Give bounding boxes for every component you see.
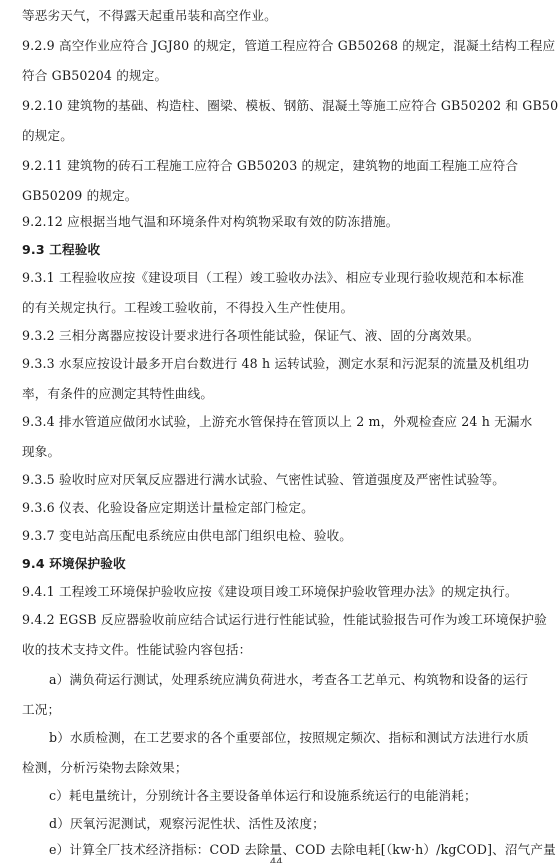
list-item-b: b）水质检测，在工艺要求的各个重要部位，按照规定频次、指标和测试方法进行水质 bbox=[49, 730, 558, 746]
clause-9-3-4: 9.3.4 排水管道应做闭水试验，上游充水管保持在管顶以上 2 m，外观检查应 … bbox=[22, 414, 536, 430]
clause-9-2-10: 9.2.10 建筑物的基础、构造柱、圈梁、模板、钢筋、混凝土等施工应符合 GB5… bbox=[22, 98, 536, 114]
document-page: 等恶劣天气，不得露天起重吊装和高空作业。 9.2.9 高空作业应符合 JGJ80… bbox=[0, 0, 558, 863]
clause-9-4-2-cont: 收的技术支持文件。性能试验内容包括： bbox=[22, 642, 536, 658]
clause-9-3-2: 9.3.2 三相分离器应按设计要求进行各项性能试验，保证气、液、固的分离效果。 bbox=[22, 328, 536, 344]
list-item-a: a）满负荷运行测试，处理系统应满负荷进水，考查各工艺单元、构筑物和设备的运行 bbox=[49, 672, 558, 688]
clause-9-2-9-cont: 符合 GB50204 的规定。 bbox=[22, 68, 536, 84]
clause-9-3-7: 9.3.7 变电站高压配电系统应由供电部门组织电检、验收。 bbox=[22, 528, 536, 544]
list-item-e: e）计算全厂技术经济指标：COD 去除量、COD 去除电耗[（kw·h）/kgC… bbox=[49, 842, 558, 858]
clause-9-2-9: 9.2.9 高空作业应符合 JGJ80 的规定，管道工程应符合 GB50268 … bbox=[22, 38, 536, 54]
page-number-fragment: 44 bbox=[270, 858, 283, 863]
clause-9-2-11: 9.2.11 建筑物的砖石工程施工应符合 GB50203 的规定，建筑物的地面工… bbox=[22, 158, 536, 174]
clause-9-3-1: 9.3.1 工程验收应按《建设项目（工程）竣工验收办法》、相应专业现行验收规范和… bbox=[22, 270, 536, 286]
clause-9-3-6: 9.3.6 仪表、化验设备应定期送计量检定部门检定。 bbox=[22, 500, 536, 516]
list-item-d: d）厌氧污泥测试，观察污泥性状、活性及浓度； bbox=[49, 816, 558, 832]
list-item-c: c）耗电量统计，分别统计各主要设备单体运行和设施系统运行的电能消耗； bbox=[49, 788, 558, 804]
list-item-a-cont: 工况； bbox=[22, 702, 536, 718]
clause-9-3-1-cont: 的有关规定执行。工程竣工验收前，不得投入生产性使用。 bbox=[22, 300, 536, 316]
clause-9-3-5: 9.3.5 验收时应对厌氧反应器进行满水试验、气密性试验、管道强度及严密性试验等… bbox=[22, 472, 536, 488]
clause-9-2-11-cont: GB50209 的规定。 bbox=[22, 188, 536, 204]
section-heading-9-3: 9.3 工程验收 bbox=[22, 242, 536, 258]
clause-9-3-4-cont: 现象。 bbox=[22, 444, 536, 460]
section-heading-9-4: 9.4 环境保护验收 bbox=[22, 556, 536, 572]
clause-9-3-3: 9.3.3 水泵应按设计最多开启台数进行 48 h 运转试验，测定水泵和污泥泵的… bbox=[22, 356, 536, 372]
text-line-0: 等恶劣天气，不得露天起重吊装和高空作业。 bbox=[22, 8, 536, 24]
clause-9-3-3-cont: 率，有条件的应测定其特性曲线。 bbox=[22, 386, 536, 402]
clause-9-2-10-cont: 的规定。 bbox=[22, 128, 536, 144]
list-item-b-cont: 检测，分析污染物去除效果； bbox=[22, 760, 536, 776]
clause-9-4-1: 9.4.1 工程竣工环境保护验收应按《建设项目竣工环境保护验收管理办法》的规定执… bbox=[22, 584, 536, 600]
clause-9-2-12: 9.2.12 应根据当地气温和环境条件对构筑物采取有效的防冻措施。 bbox=[22, 214, 536, 230]
clause-9-4-2: 9.4.2 EGSB 反应器验收前应结合试运行进行性能试验，性能试验报告可作为竣… bbox=[22, 612, 536, 628]
